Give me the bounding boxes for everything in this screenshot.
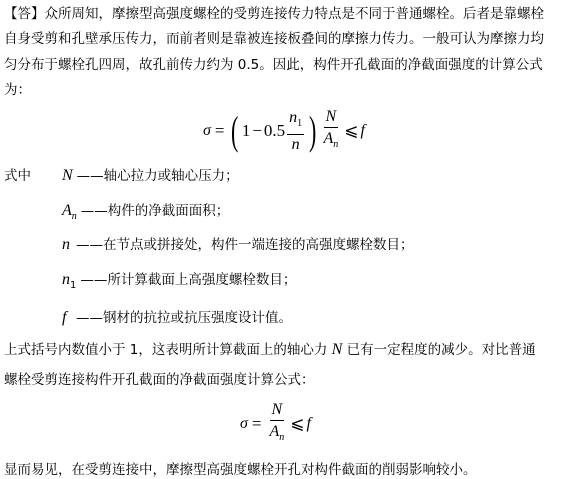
sigma-symbol: σ [240, 415, 248, 433]
n-over-an-fraction: N An [267, 401, 286, 447]
definition-An: An——构件的净截面面积； [62, 203, 229, 225]
paragraph1-line-4: 为： [4, 82, 31, 98]
minus-sign: − [252, 121, 262, 141]
definition-n1: n1——所计算截面上高强度螺栓数目； [62, 272, 296, 294]
definition-N: N——轴心拉力或轴心压力； [62, 168, 239, 184]
leq-sign: ⩽ [344, 121, 358, 141]
equals-sign: = [215, 121, 225, 141]
paragraph1-line-3: 匀分布于螺栓孔四周，故孔前传力约为 0.5。因此，构件开孔截面的净截面强度的计算… [4, 57, 543, 73]
paragraph1-line-1: 【答】众所周知，摩擦型高强度螺栓的受剪连接传力特点是不同于普通螺栓。后者是靠螺栓 [4, 6, 544, 22]
n-over-an-fraction: N An [321, 108, 340, 154]
definition-f: f——钢材的抗拉或抗压强度设计值。 [62, 310, 292, 326]
paragraph1-line-2: 自身受剪和孔壁承压传力，而前者则是靠被连接板叠间的摩擦力传力。一般可认为摩擦力均 [4, 31, 544, 47]
conclusion-line: 显而易见，在受剪连接中，摩擦型高强度螺栓开孔对构件截面的削弱影响较小。 [4, 462, 477, 478]
f-symbol: f [361, 122, 365, 140]
coefficient: 0.5 [264, 121, 285, 141]
paragraph2-line-2: 螺栓受剪连接构件开孔截面的净截面强度计算公式： [4, 372, 315, 388]
n1-over-n-fraction: n1 n [287, 108, 304, 154]
one-value: 1 [242, 121, 251, 141]
equals-sign: = [252, 414, 262, 434]
where-label: 式中 [4, 168, 31, 184]
sigma-symbol: σ [203, 122, 211, 140]
ordinary-bolt-formula: σ = N An ⩽ f [240, 402, 311, 446]
f-symbol: f [307, 415, 311, 433]
right-paren: ) [309, 111, 316, 151]
left-paren: ( [231, 111, 238, 151]
definition-n: n——在节点或拼接处，构件一端连接的高强度螺栓数目； [62, 237, 414, 253]
paragraph2-line-1: 上式括号内数值小于 1，这表明所计算截面上的轴心力 N 已有一定程度的减少。对比… [4, 342, 536, 358]
net-section-strength-formula: σ = ( 1 − 0.5 n1 n ) N An ⩽ f [203, 108, 365, 154]
leq-sign: ⩽ [290, 414, 304, 434]
